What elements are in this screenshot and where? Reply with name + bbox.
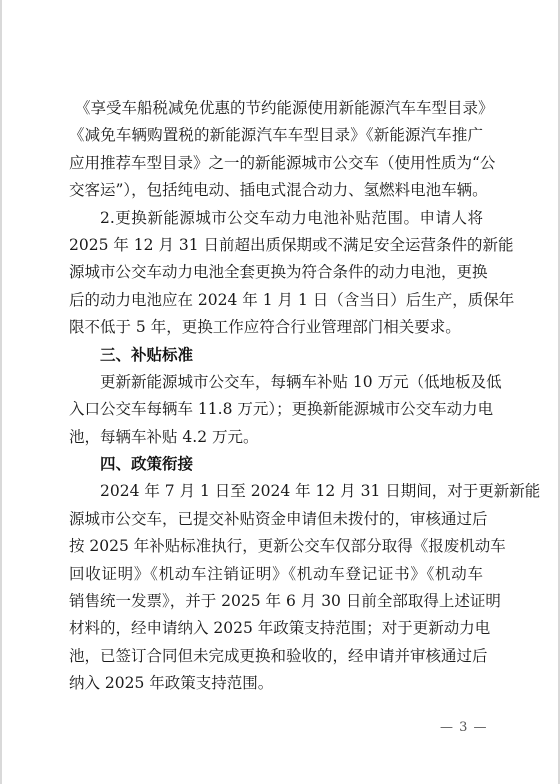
document-page: 《享受车船税减免优惠的节约能源使用新能源汽车车型目录》 《减免车辆购置税的新能源… bbox=[69, 95, 483, 698]
body-line: 《享受车船税减免优惠的节约能源使用新能源汽车车型目录》 bbox=[69, 95, 477, 122]
section-heading-policy-connection: 四、政策衔接 bbox=[69, 451, 483, 478]
page-left-border bbox=[0, 0, 2, 784]
body-line: 按 2025 年补贴标准执行，更新公交车仅部分取得《报废机动车 bbox=[69, 533, 483, 560]
body-line: 后的动力电池应在 2024 年 1 月 1 日（含当日）后生产，质保年 bbox=[69, 287, 483, 314]
page-number: — 3 — bbox=[440, 720, 488, 735]
body-line: 材料的，经申请纳入 2025 年政策支持范围；对于更新动力电 bbox=[69, 615, 483, 642]
body-line: 入口公交车每辆车 11.8 万元）；更换新能源城市公交车动力电 bbox=[69, 396, 483, 423]
body-line: 应用推荐车型目录》之一的新能源城市公交车（使用性质为“公 bbox=[69, 150, 483, 177]
body-line: 源城市公交车动力电池全套更换为符合条件的动力电池，更换 bbox=[69, 259, 483, 286]
paragraph-start-line: 更新新能源城市公交车，每辆车补贴 10 万元（低地板及低 bbox=[69, 369, 483, 396]
body-line: 2025 年 12 月 31 日前超出质保期或不满足安全运营条件的新能 bbox=[69, 232, 483, 259]
section-heading-subsidy-standard: 三、补贴标准 bbox=[69, 342, 483, 369]
body-line: 纳入 2025 年政策支持范围。 bbox=[69, 670, 483, 697]
body-line: 池，每辆车补贴 4.2 万元。 bbox=[69, 424, 483, 451]
paragraph-start-line: 2024 年 7 月 1 日至 2024 年 12 月 31 日期间，对于更新新… bbox=[69, 478, 483, 505]
body-line: 交客运”），包括纯电动、插电式混合动力、氢燃料电池车辆。 bbox=[69, 177, 483, 204]
body-line: 限不低于 5 年，更换工作应符合行业管理部门相关要求。 bbox=[69, 314, 483, 341]
body-line: 池，已签订合同但未完成更换和验收的，经申请并审核通过后 bbox=[69, 643, 483, 670]
body-line: 回收证明》《机动车注销证明》《机动车登记证书》《机动车 bbox=[69, 561, 483, 588]
body-line: 《减免车辆购置税的新能源汽车车型目录》《新能源汽车推广 bbox=[69, 122, 483, 149]
body-line: 源城市公交车，已提交补贴资金申请但未拨付的，审核通过后 bbox=[69, 506, 483, 533]
body-line: 销售统一发票》，并于 2025 年 6 月 30 日前全部取得上述证明 bbox=[69, 588, 483, 615]
paragraph-start-line: 2.更换新能源城市公交车动力电池补贴范围。申请人将 bbox=[69, 205, 483, 232]
